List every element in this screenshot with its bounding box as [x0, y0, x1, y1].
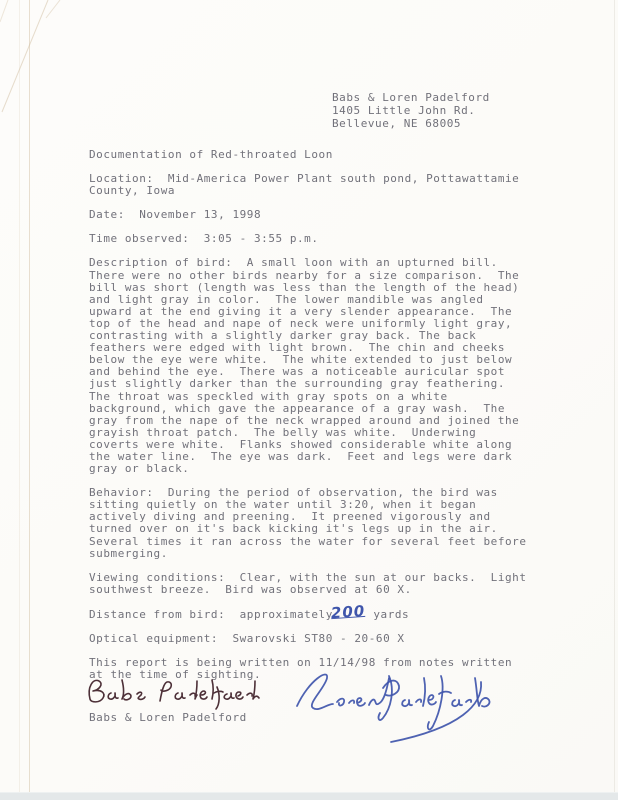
- viewing-conditions-paragraph: Viewing conditions: Clear, with the sun …: [89, 572, 573, 596]
- date-line: Date: November 13, 1998: [89, 209, 573, 221]
- distance-line: Distance from bird: approximately200 yar…: [89, 608, 573, 621]
- optical-equipment-line: Optical equipment: Swarovski ST80 - 20-6…: [89, 633, 573, 645]
- scan-right-edge: [614, 0, 615, 800]
- handwritten-distance-value: 200: [330, 606, 365, 619]
- distance-suffix: yards: [366, 608, 409, 621]
- sender-address-line1: 1405 Little John Rd.: [332, 104, 490, 117]
- description-paragraph: Description of bird: A small loon with a…: [89, 257, 573, 475]
- corner-fold-marks: [0, 0, 80, 130]
- typed-signature-name: Babs & Loren Padelford: [89, 712, 247, 724]
- sender-address-line2: Bellevue, NE 68005: [332, 117, 490, 130]
- document-body: Documentation of Red-throated Loon Locat…: [89, 149, 573, 693]
- behavior-paragraph: Behavior: During the period of observati…: [89, 487, 573, 560]
- document-title: Documentation of Red-throated Loon: [89, 149, 573, 161]
- location-paragraph: Location: Mid-America Power Plant south …: [89, 173, 573, 197]
- scanned-document-page: Babs & Loren Padelford 1405 Little John …: [0, 0, 618, 800]
- sender-address-block: Babs & Loren Padelford 1405 Little John …: [332, 91, 490, 130]
- sender-name: Babs & Loren Padelford: [332, 91, 490, 104]
- distance-prefix: Distance from bird: approximately: [89, 608, 333, 621]
- signature-loren-padelford: [283, 664, 513, 746]
- signature-babs-padelford: [84, 674, 274, 712]
- scanner-bed-strip: [0, 792, 618, 800]
- time-observed-line: Time observed: 3:05 - 3:55 p.m.: [89, 233, 573, 245]
